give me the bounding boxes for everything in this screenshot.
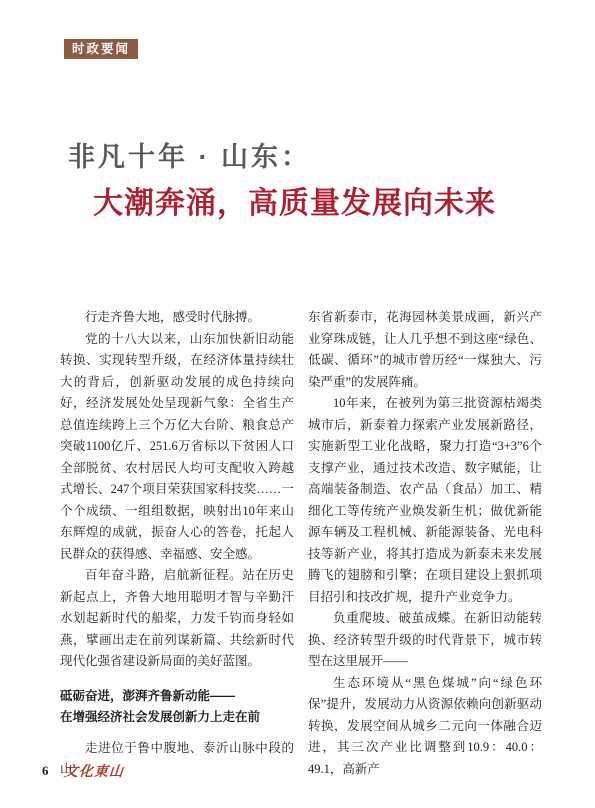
paragraph: 党的十八大以来，山东加快新旧动能转换、实现转型升级，在经济体量持续壮大的背后，创… — [60, 329, 294, 566]
journal-logo: 文化東山 — [63, 761, 124, 781]
page-number: 6 — [42, 763, 49, 779]
page-footer: 6 文化東山 — [42, 761, 124, 781]
paragraph: 东省新泰市，花海园林美景成画，新兴产业穿珠成链，让人几乎想不到这座“绿色、低碳、… — [308, 307, 542, 393]
paragraph: 百年奋斗路，启航新征程。站在历史新起点上，齐鲁大地用聪明才智与辛勤汗水划起新时代… — [60, 565, 294, 673]
section-badge: 时政要闻 — [64, 39, 138, 59]
paragraph: 生态环境从“黑色煤城”向“绿色环保”提升，发展动力从资源依赖向创新驱动转换，发展… — [308, 673, 542, 781]
right-column: 东省新泰市，花海园林美景成画，新兴产业穿珠成链，让人几乎想不到这座“绿色、低碳、… — [308, 307, 542, 781]
left-column: 行走齐鲁大地，感受时代脉搏。 党的十八大以来，山东加快新旧动能转换、实现转型升级… — [60, 307, 294, 781]
article-title-line1: 非凡十年 · 山东： — [68, 142, 548, 172]
article-title-line2: 大潮奔涌，高质量发展向未来 — [93, 186, 548, 222]
article-body: 行走齐鲁大地，感受时代脉搏。 党的十八大以来，山东加快新旧动能转换、实现转型升级… — [60, 307, 542, 781]
article-title: 非凡十年 · 山东： 大潮奔涌，高质量发展向未来 — [68, 142, 548, 222]
paragraph: 负重爬坡、破茧成蝶。在新旧动能转换、经济转型升级的时代背景下，城市转型在这里展开… — [308, 608, 542, 673]
section-heading: 砥砺奋进，澎湃齐鲁新动能—— 在增强经济社会发展创新力上走在前 — [60, 686, 294, 729]
section-heading-line1: 砥砺奋进，澎湃齐鲁新动能—— — [60, 686, 294, 708]
magazine-page: 时政要闻 非凡十年 · 山东： 大潮奔涌，高质量发展向未来 行走齐鲁大地，感受时… — [0, 0, 595, 808]
section-heading-line2: 在增强经济社会发展创新力上走在前 — [60, 707, 294, 729]
paragraph: 行走齐鲁大地，感受时代脉搏。 — [60, 307, 294, 329]
paragraph: 10年来，在被列为第三批资源枯竭类城市后，新泰着力探索产业发展新路径，实施新型工… — [308, 393, 542, 608]
